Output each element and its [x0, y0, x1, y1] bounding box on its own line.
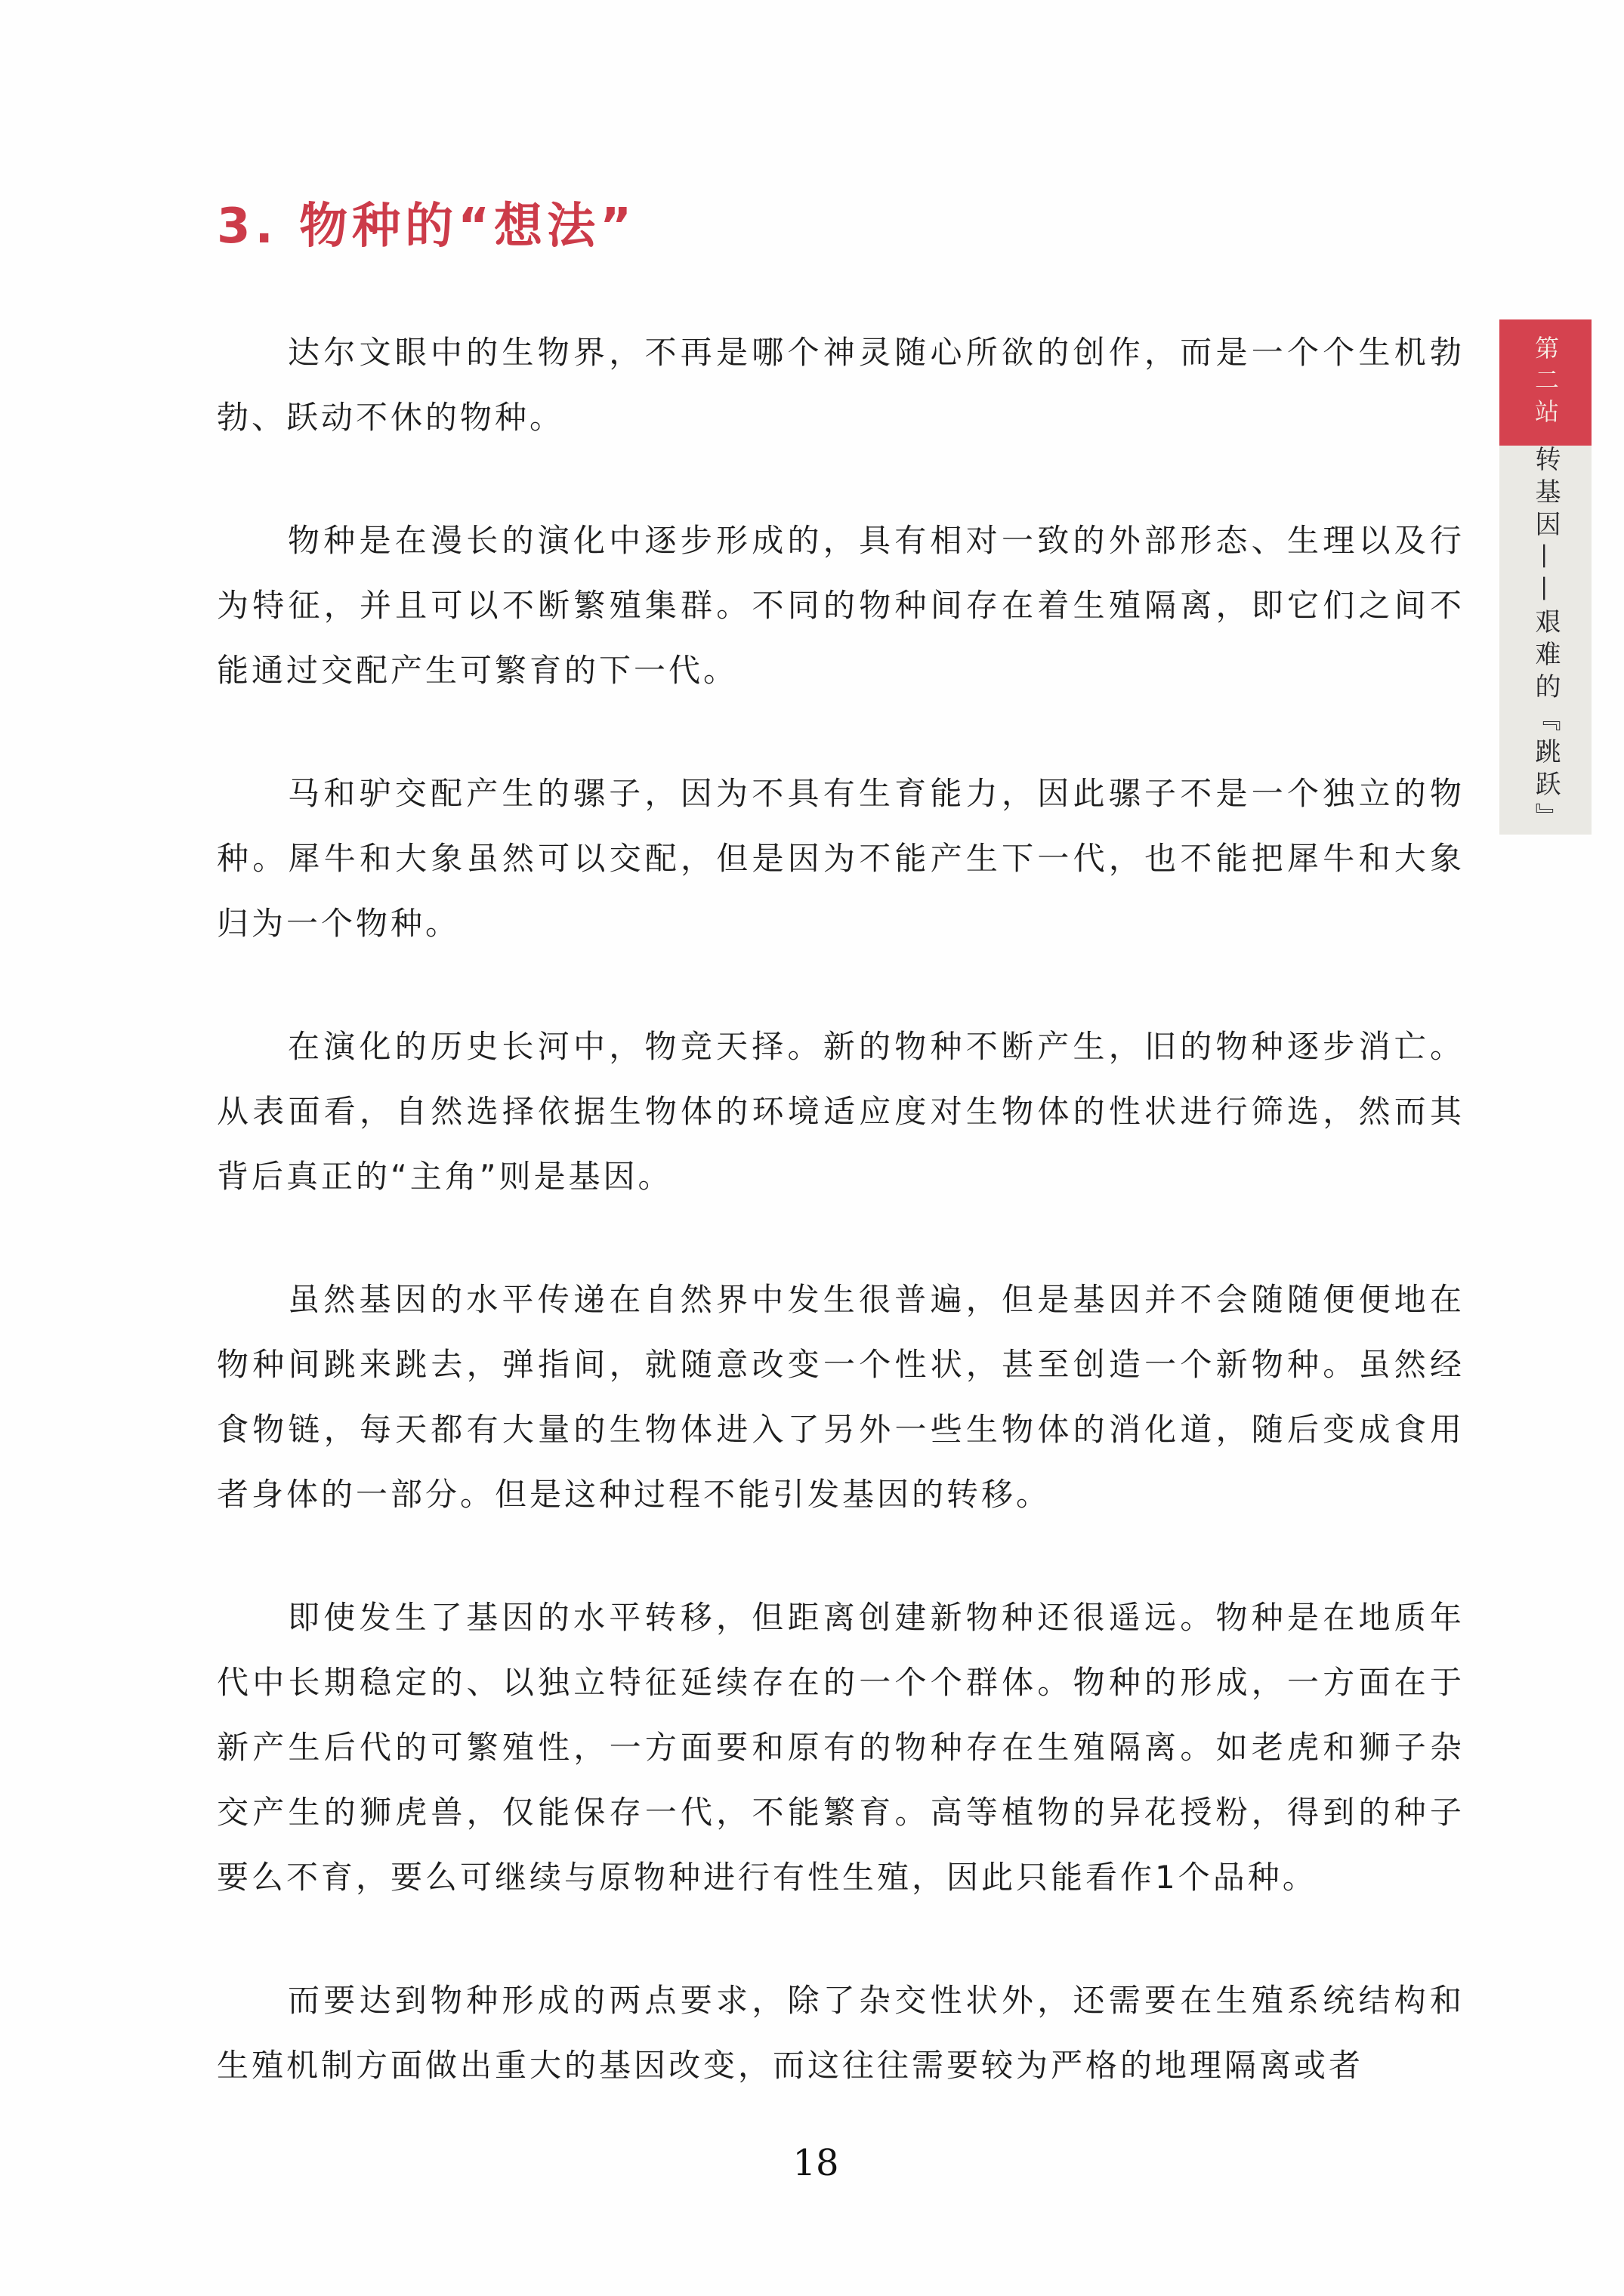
- body-paragraph: 马和驴交配产生的骡子，因为不具有生育能力，因此骡子不是一个独立的物种。犀牛和大象…: [217, 761, 1465, 956]
- body-paragraph: 虽然基因的水平传递在自然界中发生很普遍，但是基因并不会随随便便地在物种间跳来跳去…: [217, 1267, 1465, 1527]
- page-number: 18: [755, 2142, 876, 2184]
- sidebar-chapter-title: 转基因——艰难的『跳跃』: [1533, 446, 1558, 835]
- sidebar-station-label: 第二站: [1528, 335, 1563, 430]
- body-paragraph: 物种是在漫长的演化中逐步形成的，具有相对一致的外部形态、生理以及行为特征，并且可…: [217, 508, 1465, 703]
- body-text-column: 达尔文眼中的生物界，不再是哪个神灵随心所欲的创作，而是一个个生机勃勃、跃动不休的…: [217, 320, 1465, 2156]
- body-paragraph: 而要达到物种形成的两点要求，除了杂交性状外，还需要在生殖系统结构和生殖机制方面做…: [217, 1968, 1465, 2098]
- sidebar-chapter-tab: 转基因——艰难的『跳跃』: [1499, 446, 1592, 835]
- body-paragraph: 即使发生了基因的水平转移，但距离创建新物种还很遥远。物种是在地质年代中长期稳定的…: [217, 1585, 1465, 1910]
- body-paragraph: 在演化的历史长河中，物竞天择。新的物种不断产生，旧的物种逐步消亡。从表面看，自然…: [217, 1014, 1465, 1209]
- section-heading: 3. 物种的“想法”: [217, 190, 636, 263]
- body-paragraph: 达尔文眼中的生物界，不再是哪个神灵随心所欲的创作，而是一个个生机勃勃、跃动不休的…: [217, 320, 1465, 450]
- sidebar-station-badge: 第二站: [1499, 319, 1592, 446]
- book-page: 3. 物种的“想法” 达尔文眼中的生物界，不再是哪个神灵随心所欲的创作，而是一个…: [0, 0, 1624, 2296]
